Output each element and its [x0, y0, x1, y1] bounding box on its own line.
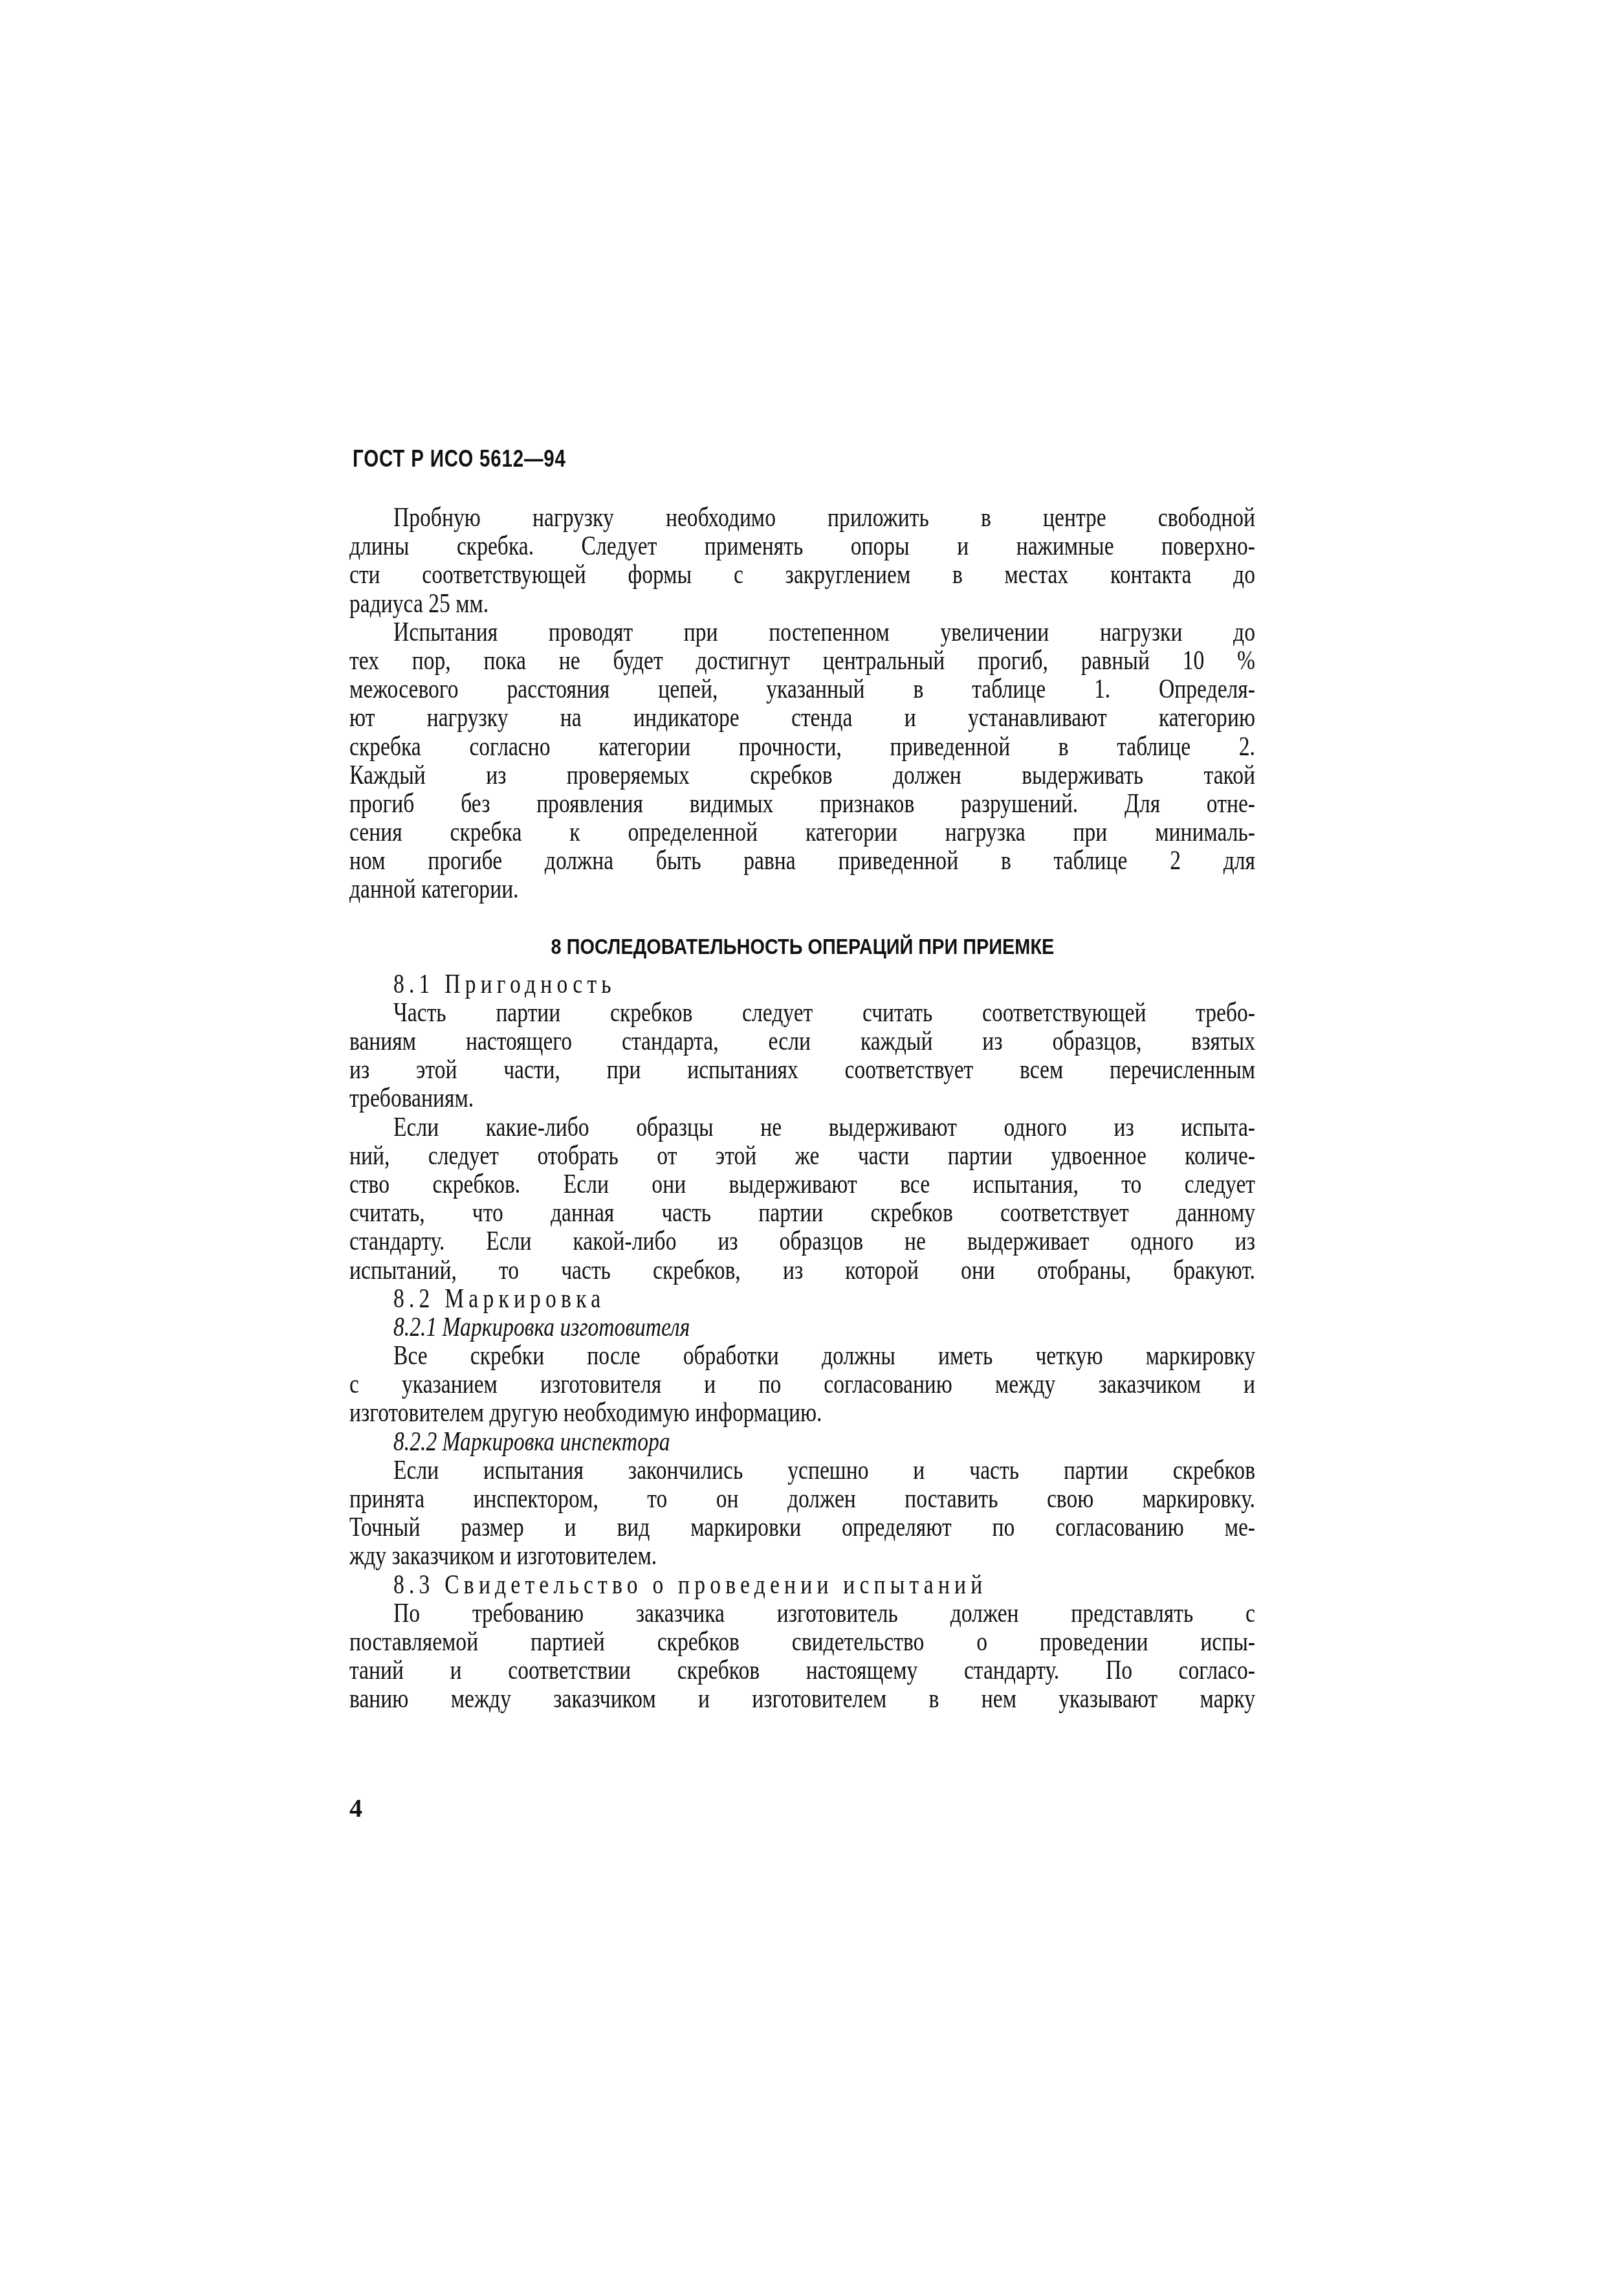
subsection-heading-8-1: 8.1 Пригодность — [349, 970, 1255, 999]
text-line: считать, что данная часть партии скребко… — [349, 1199, 1255, 1227]
paragraph-test-procedure: Испытания проводят при постепенном увели… — [349, 618, 1255, 904]
text-line: ний, следует отобрать от этой же части п… — [349, 1142, 1255, 1170]
standard-designation-header: ГОСТ Р ИСО 5612—94 — [353, 445, 566, 472]
text-line: скребка согласно категории прочности, пр… — [349, 733, 1255, 761]
text-line: Часть партии скребков следует считать со… — [349, 999, 1255, 1027]
text-line: ют нагрузку на индикаторе стенда и устан… — [349, 704, 1255, 732]
section-8-2: 8.2 Маркировка 8.2.1 Маркировка изготови… — [349, 1285, 1255, 1571]
text-line: ванию между заказчиком и изготовителем в… — [349, 1685, 1255, 1713]
document-page: ГОСТ Р ИСО 5612—94 Пробную нагрузку необ… — [0, 0, 1624, 2284]
text-line: По требованию заказчика изготовитель дол… — [349, 1599, 1255, 1628]
subsection-heading-8-2-2: 8.2.2 Маркировка инспектора — [349, 1428, 1255, 1456]
text-line: ство скребков. Если они выдерживают все … — [349, 1170, 1255, 1199]
paragraph-test-load: Пробную нагрузку необходимо приложить в … — [349, 504, 1255, 618]
text-line: Точный размер и вид маркировки определяю… — [349, 1513, 1255, 1542]
text-line: межосевого расстояния цепей, указанный в… — [349, 675, 1255, 704]
text-line: сения скребка к определенной категории н… — [349, 818, 1255, 847]
text-line: с указанием изготовителя и по согласован… — [349, 1370, 1255, 1399]
text-line: тех пор, пока не будет достигнут централ… — [349, 647, 1255, 675]
text-line: ваниям настоящего стандарта, если каждый… — [349, 1027, 1255, 1056]
text-line: принята инспектором, то он должен постав… — [349, 1485, 1255, 1513]
text-line: ном прогибе должна быть равна приведенно… — [349, 847, 1255, 875]
text-line: таний и соответствии скребков настоящему… — [349, 1656, 1255, 1685]
text-line: Пробную нагрузку необходимо приложить в … — [349, 504, 1255, 532]
document-body: Пробную нагрузку необходимо приложить в … — [349, 504, 1255, 1714]
subsection-heading-8-2: 8.2 Маркировка — [349, 1285, 1255, 1313]
text-line: стандарту. Если какой-либо из образцов н… — [349, 1227, 1255, 1256]
text-line: длины скребка. Следует применять опоры и… — [349, 532, 1255, 560]
text-line: Испытания проводят при постепенном увели… — [349, 618, 1255, 647]
text-line: данной категории. — [349, 875, 1255, 904]
text-line: сти соответствующей формы с закруглением… — [349, 560, 1255, 589]
text-line: Каждый из проверяемых скребков должен вы… — [349, 761, 1255, 790]
subsection-heading-8-2-1: 8.2.1 Маркировка изготовителя — [349, 1313, 1255, 1342]
text-line: жду заказчиком и изготовителем. — [349, 1542, 1255, 1570]
text-line: изготовителем другую необходимую информа… — [349, 1399, 1255, 1427]
text-line: радиуса 25 мм. — [349, 590, 1255, 618]
text-line: Все скребки после обработки должны иметь… — [349, 1342, 1255, 1370]
section-8-1: 8.1 Пригодность Часть партии скребков сл… — [349, 970, 1255, 1285]
subsection-heading-8-3: 8.3 Свидетельство о проведении испытаний — [349, 1571, 1255, 1599]
text-line: испытаний, то часть скребков, из которой… — [349, 1256, 1255, 1285]
text-line: прогиб без проявления видимых признаков … — [349, 790, 1255, 818]
text-line: из этой части, при испытаниях соответств… — [349, 1056, 1255, 1084]
text-line: требованиям. — [349, 1084, 1255, 1113]
text-line: Если испытания закончились успешно и час… — [349, 1456, 1255, 1485]
section-8-3: 8.3 Свидетельство о проведении испытаний… — [349, 1571, 1255, 1714]
section-8-title: 8 ПОСЛЕДОВАТЕЛЬНОСТЬ ОПЕРАЦИЙ ПРИ ПРИЕМК… — [349, 927, 1255, 966]
text-line: Если какие-либо образцы не выдерживают о… — [349, 1113, 1255, 1142]
page-number: 4 — [349, 1793, 362, 1823]
text-line: поставляемой партией скребков свидетельс… — [349, 1628, 1255, 1656]
